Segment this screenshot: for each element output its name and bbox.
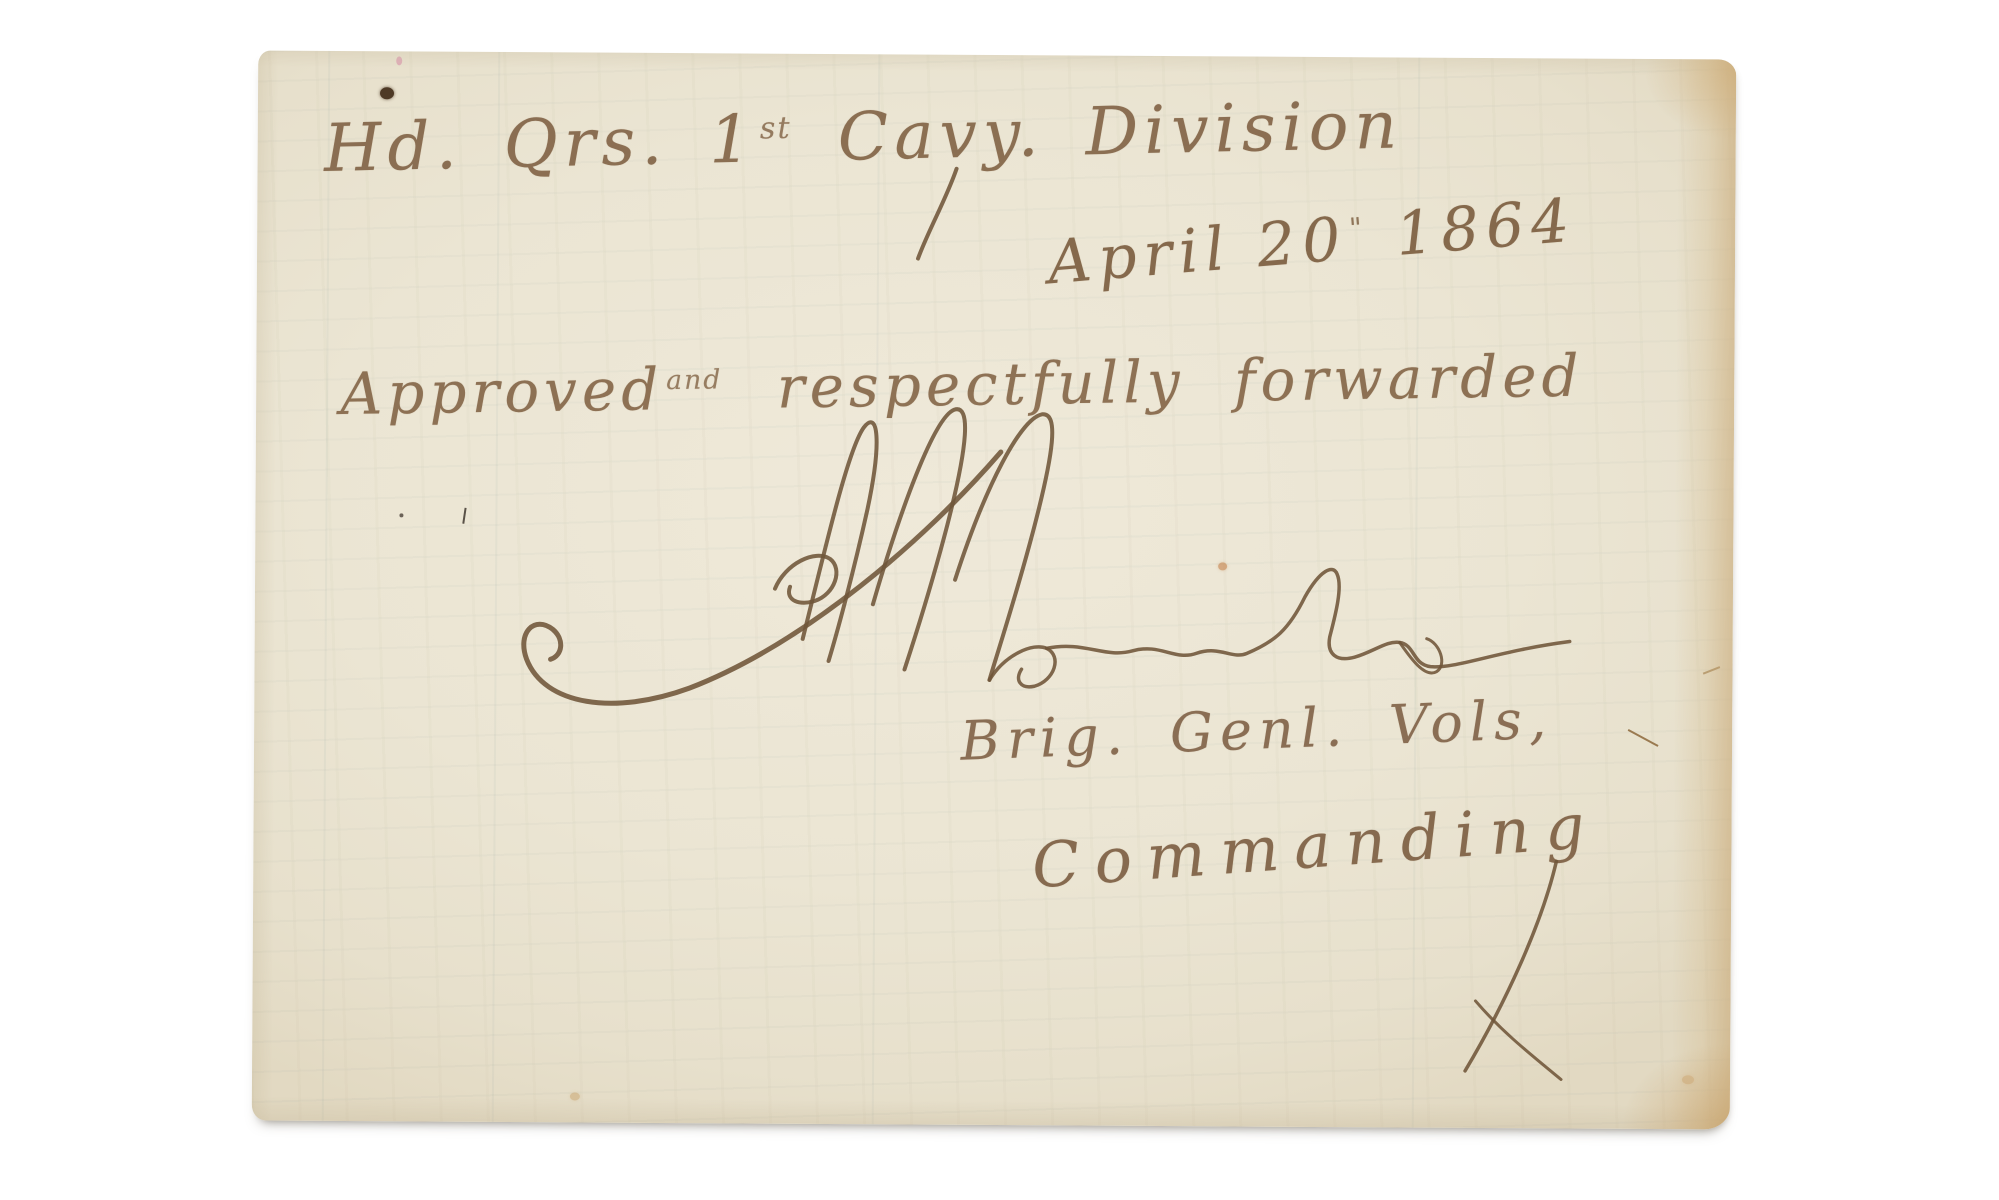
paper-fiber: [1703, 666, 1720, 674]
foxing-spot: [1218, 562, 1227, 570]
endorsement-line: Approvedand respectfully forwarded: [340, 342, 1584, 428]
heading-line: Hd. Qrs. 1st Cavy. Division: [323, 86, 1404, 187]
pen-stroke-comma: [912, 164, 973, 264]
ink-speck: [399, 513, 403, 517]
pink-mark: [396, 56, 402, 65]
scan-background: Hd. Qrs. 1st Cavy. Division April 20" 18…: [0, 0, 1999, 1200]
endorsement-rest: respectfully forwarded: [727, 342, 1584, 423]
heading-text-suffix: Cavy. Division: [796, 86, 1404, 176]
endorsement-superscript: and: [666, 364, 723, 396]
bleed-line: [322, 51, 331, 1121]
paper-fiber: [1628, 729, 1659, 747]
document-paper: Hd. Qrs. 1st Cavy. Division April 20" 18…: [252, 50, 1737, 1129]
command-tail-stroke: [1457, 853, 1588, 1089]
bleed-line: [492, 52, 501, 1122]
date-line: April 20" 1864: [1045, 186, 1579, 299]
date-superscript: ": [1348, 211, 1365, 245]
rank-line: Brig. Genl. Vols,: [959, 688, 1554, 773]
ink-blot: [380, 87, 394, 99]
foxing-spot: [570, 1092, 580, 1100]
heading-superscript: st: [759, 111, 792, 147]
command-line: Commanding: [1030, 788, 1602, 902]
paper-fiber: [462, 508, 466, 524]
foxing-spot: [1682, 1075, 1694, 1084]
date-year: 1864: [1367, 186, 1579, 273]
heading-text: Hd. Qrs. 1: [323, 101, 758, 187]
bleed-line: [872, 54, 881, 1124]
endorsement-word: Approved: [340, 355, 664, 428]
date-text: April 20: [1045, 204, 1350, 298]
